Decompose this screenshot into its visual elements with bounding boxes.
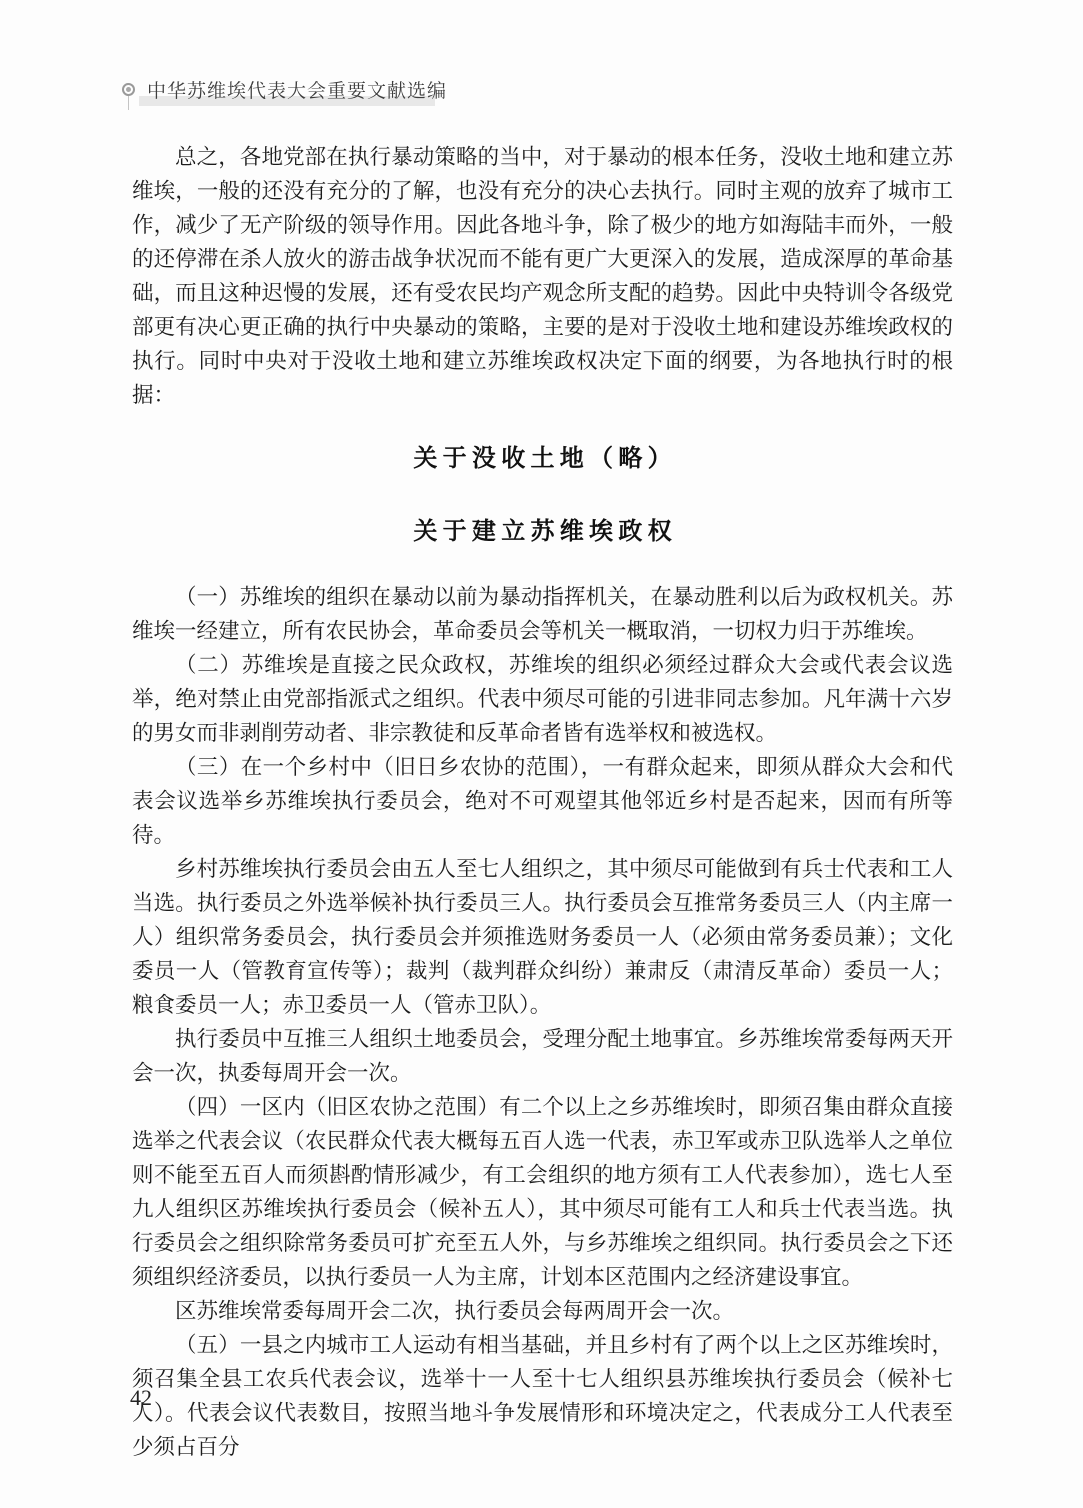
paragraph-village-committee: 乡村苏维埃执行委员会由五人至七人组织之，其中须尽可能做到有兵士代表和工人当选。执… (132, 852, 953, 1022)
intro-paragraph: 总之，各地党部在执行暴动策略的当中，对于暴动的根本任务，没收土地和建立苏维埃，一… (132, 140, 953, 412)
paragraph-item-2: （二）苏维埃是直接之民众政权，苏维埃的组织必须经过群众大会或代表会议选举，绝对禁… (132, 648, 953, 750)
header-title: 中华苏维埃代表大会重要文献选编 (147, 79, 447, 105)
paragraph-district-meeting: 区苏维埃常委每周开会二次，执行委员会每两周开会一次。 (132, 1294, 953, 1328)
page-number: 42 (130, 1383, 152, 1413)
paragraph-item-3: （三）在一个乡村中（旧日乡农协的范围），一有群众起来，即须从群众大会和代表会议选… (132, 750, 953, 852)
bullseye-icon (122, 83, 135, 96)
paragraph-item-5: （五）一县之内城市工人运动有相当基础，并且乡村有了两个以上之区苏维埃时，须召集全… (132, 1328, 953, 1464)
paragraph-land-committee: 执行委员中互推三人组织土地委员会，受理分配土地事宜。乡苏维埃常委每两天开会一次，… (132, 1022, 953, 1090)
section-heading-soviet-power: 关于建立苏维埃政权 (132, 515, 953, 549)
bullseye-dot (126, 87, 131, 92)
paragraph-item-4: （四）一区内（旧区农协之范围）有二个以上之乡苏维埃时，即须召集由群众直接选举之代… (132, 1090, 953, 1294)
section-heading-land-confiscation: 关于没收土地（略） (132, 442, 953, 476)
document-body: 总之，各地党部在执行暴动策略的当中，对于暴动的根本任务，没收土地和建立苏维埃，一… (132, 140, 953, 1464)
paragraph-item-1: （一）苏维埃的组织在暴动以前为暴动指挥机关，在暴动胜利以后为政权机关。苏维埃一经… (132, 580, 953, 648)
